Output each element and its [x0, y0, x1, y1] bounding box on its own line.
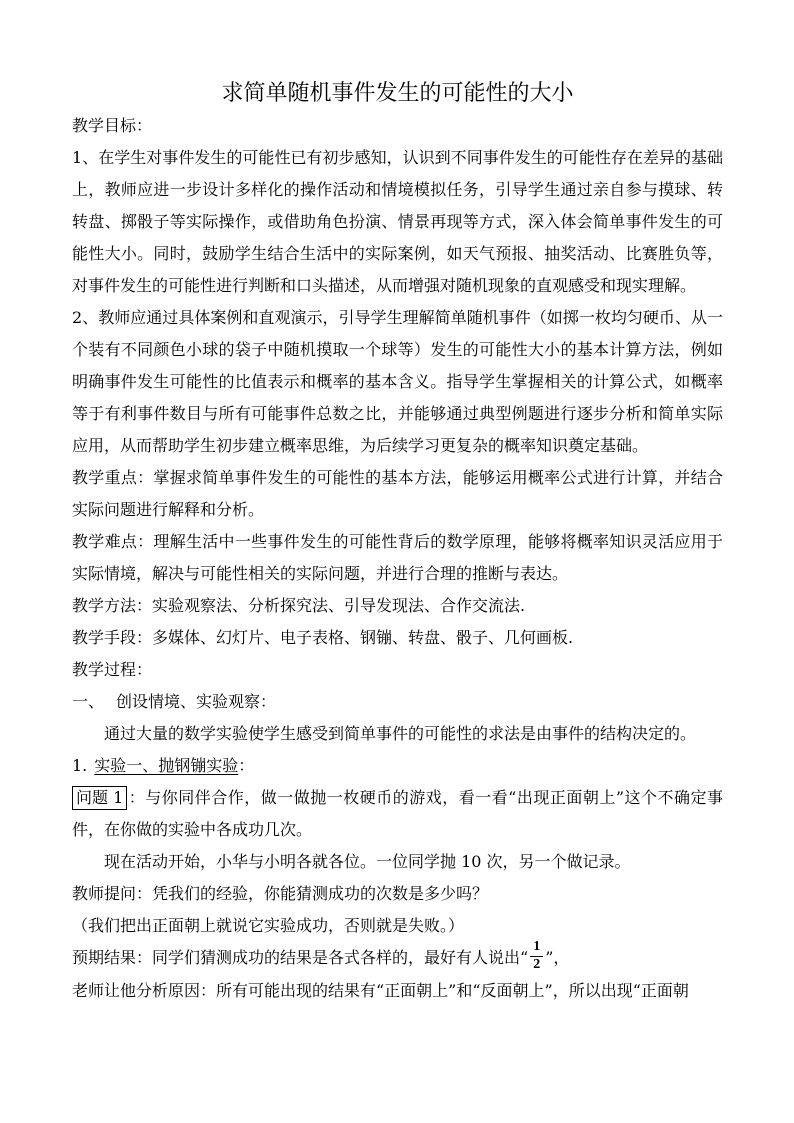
fraction-denominator: 2 [530, 957, 543, 973]
experiment-1-number: 1. [72, 756, 87, 775]
analysis-paragraph: 老师让他分析原因：所有可能出现的结果有“正面朝上”和“反面朝上”，所以出现“正面… [72, 975, 723, 1007]
experiment-1-title: 实验一、抛钢镚实验 [94, 756, 238, 775]
activity-paragraph: 现在活动开始，小华与小明各就各位。一位同学抛 10 次，另一个做记录。 [72, 846, 723, 878]
fraction-numerator: 1 [530, 940, 543, 957]
problem-1-text: ：与你同伴合作，做一做抛一枚硬币的游戏，看一看“出现正面朝上”这个不确定事件，在… [72, 788, 723, 839]
experiment-1-heading: 1.实验一、抛钢镚实验： [72, 750, 723, 782]
key-point-paragraph: 教学重点：掌握求简单事件发生的可能性的基本方法，能够运用概率公式进行计算，并结合… [72, 462, 723, 526]
note-paragraph: （我们把出正面朝上就说它实验成功，否则就是失败。） [72, 910, 723, 942]
objective-1-paragraph: 1、在学生对事件发生的可能性已有初步感知，认识到不同事件发生的可能性存在差异的基… [72, 142, 723, 302]
expected-result-text-before: 预期结果：同学们猜测成功的结果是各式各样的，最好有人说出“ [72, 948, 528, 967]
section-1-intro: 通过大量的数学实验使学生感受到简单事件的可能性的求法是由事件的结构决定的。 [72, 718, 723, 750]
expected-result-paragraph: 预期结果：同学们猜测成功的结果是各式各样的，最好有人说出“12”， [72, 942, 723, 975]
experiment-1-colon: ： [238, 756, 254, 775]
methods-paragraph: 教学方法：实验观察法、分析探究法、引导发现法、合作交流法. [72, 590, 723, 622]
objectives-heading: 教学目标： [72, 110, 723, 142]
expected-result-text-after: ”， [545, 948, 569, 967]
section-1-heading: 一、创设情境、实验观察： [72, 686, 723, 718]
section-1-number: 一、 [72, 692, 104, 711]
tools-paragraph: 教学手段：多媒体、幻灯片、电子表格、钢镚、转盘、骰子、几何画板. [72, 622, 723, 654]
problem-1-box-label: 问题 1 [72, 786, 127, 810]
document-title: 求简单随机事件发生的可能性的大小 [72, 78, 723, 110]
section-1-title: 创设情境、实验观察： [116, 692, 276, 711]
objective-2-paragraph: 2、教师应通过具体案例和直观演示，引导学生理解简单随机事件（如掷一枚均匀硬币、从… [72, 302, 723, 462]
one-half-fraction: 12 [530, 940, 543, 972]
teacher-question-paragraph: 教师提问：凭我们的经验，你能猜测成功的次数是多少吗？ [72, 878, 723, 910]
document-page: 求简单随机事件发生的可能性的大小 教学目标： 1、在学生对事件发生的可能性已有初… [0, 0, 794, 1123]
problem-1-paragraph: 问题 1：与你同伴合作，做一做抛一枚硬币的游戏，看一看“出现正面朝上”这个不确定… [72, 782, 723, 846]
process-heading: 教学过程： [72, 654, 723, 686]
difficulty-paragraph: 教学难点：理解生活中一些事件发生的可能性背后的数学原理，能够将概率知识灵活应用于… [72, 526, 723, 590]
